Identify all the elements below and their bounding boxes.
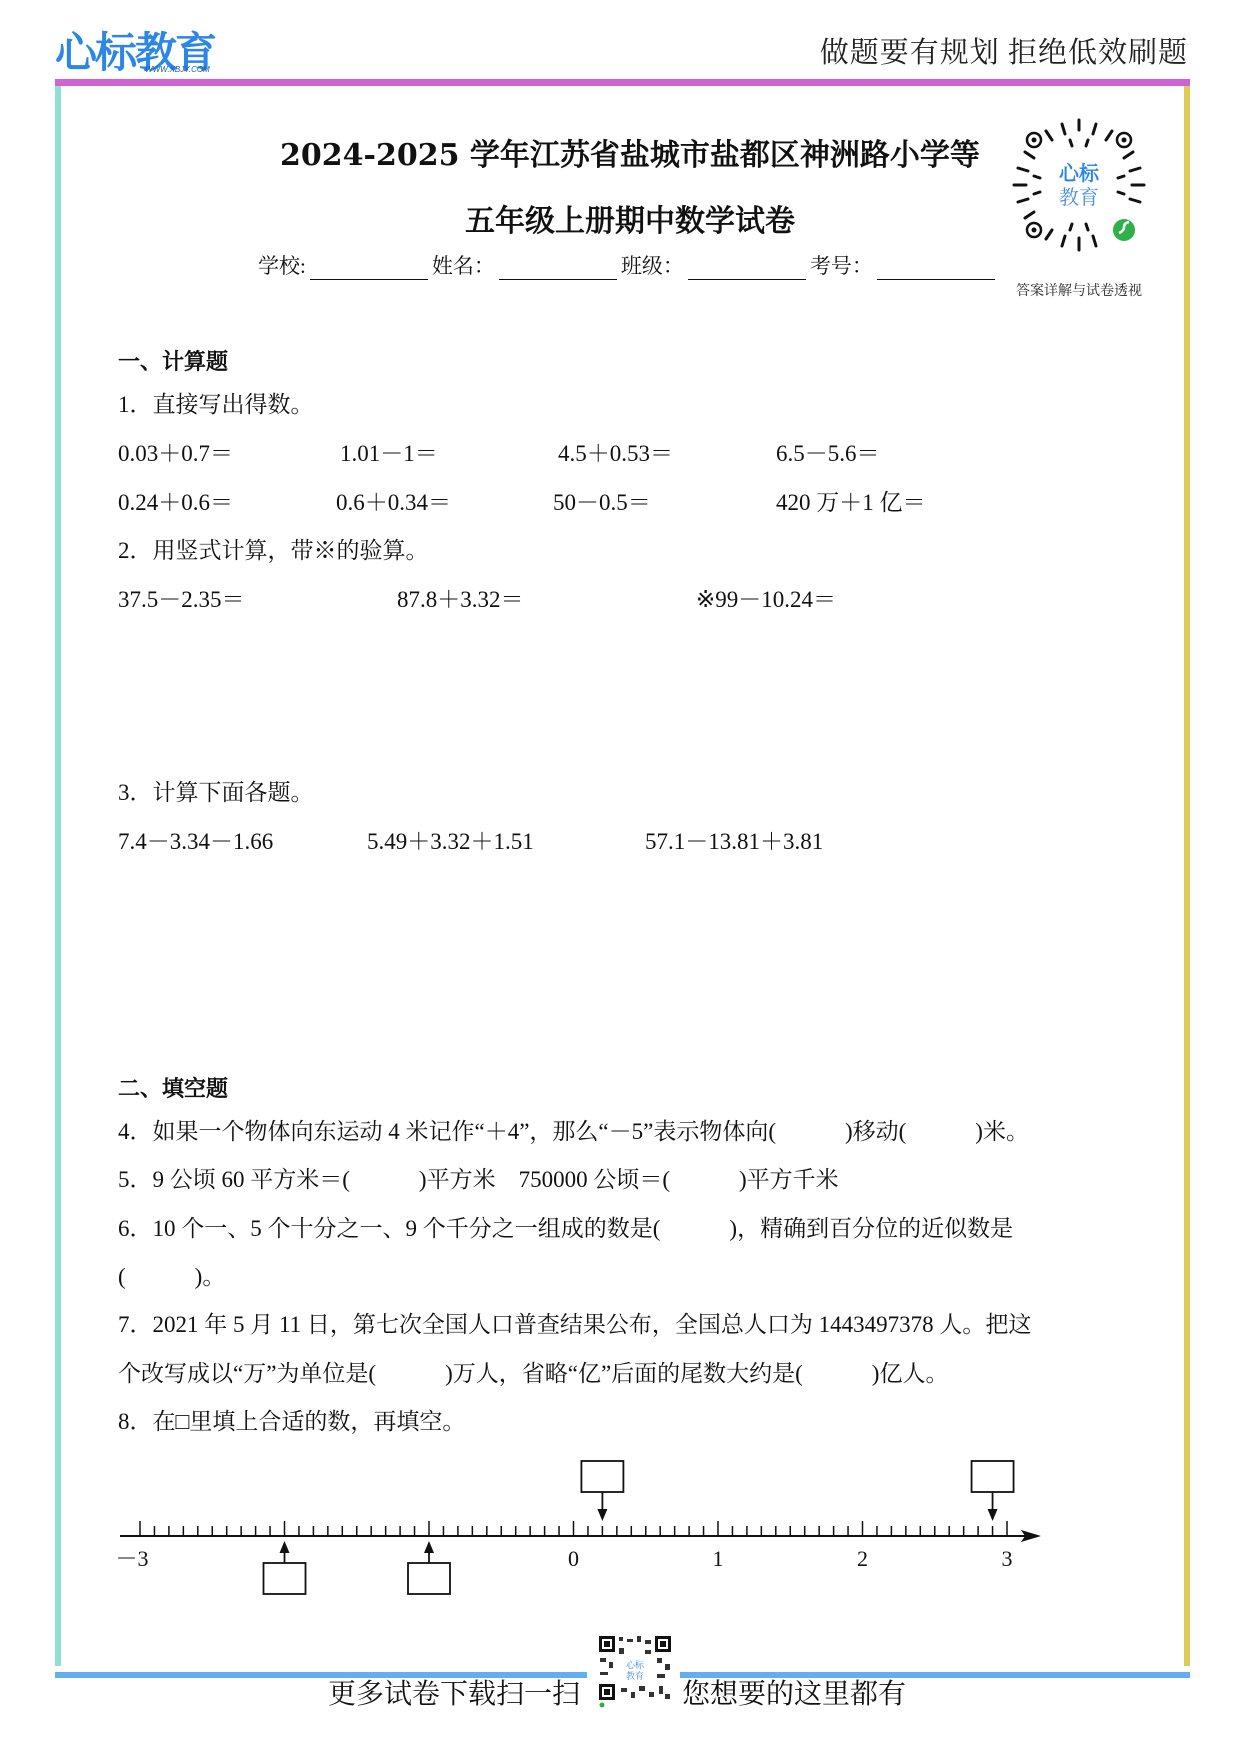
svg-text:1: 1 <box>713 1546 724 1571</box>
q3-item: 5.49＋3.32＋1.51 <box>367 823 534 856</box>
q1-item: 1.01－1＝ <box>340 435 438 468</box>
left-border <box>55 86 61 1666</box>
logo-url: WWW.XBJY.COM <box>145 65 210 74</box>
q1-item: 4.5＋0.53＝ <box>558 435 673 468</box>
svg-text:教育: 教育 <box>626 1670 644 1682</box>
student-info-fields: 学校: 姓名： 班级： 考号： <box>258 250 999 280</box>
q1-item: 0.03＋0.7＝ <box>118 435 233 468</box>
q2-item: ※99－10.24＝ <box>696 581 836 614</box>
q1-item: 0.24＋0.6＝ <box>118 484 233 517</box>
qr-caption: 答案详解与试卷透视 <box>996 280 1162 300</box>
school-blank[interactable] <box>310 259 428 280</box>
brand-logo: 心标教育 WWW.XBJY.COM <box>55 26 210 76</box>
question-6-line1: 6．10 个一、5 个十分之一、9 个千分之一组成的数是( )，精确到百分位的近… <box>118 1210 1013 1243</box>
svg-text:－3: －3 <box>115 1546 148 1571</box>
class-label: 班级： <box>621 250 684 280</box>
number-line-svg: －30123 <box>110 1440 1070 1610</box>
school-label: 学校: <box>258 250 306 280</box>
question-7-line1: 7．2021 年 5 月 11 日，第七次全国人口普查结果公布，全国总人口为 1… <box>118 1306 1031 1339</box>
q1-item: 50－0.5＝ <box>553 484 651 517</box>
footer-qr-code[interactable]: 心标 教育 <box>597 1634 673 1708</box>
question-5: 5．9 公顷 60 平方米＝( )平方米 750000 公顷＝( )平方千米 <box>118 1161 839 1194</box>
exam-title-line1: 2024-2025 学年江苏省盐城市盐都区神洲路小学等 <box>240 130 1020 174</box>
q1-item: 0.6＋0.34＝ <box>336 484 451 517</box>
q2-item: 87.8＋3.32＝ <box>397 581 524 614</box>
question-1-prompt: 1．直接写出得数。 <box>118 386 314 419</box>
q2-item: 37.5－2.35＝ <box>118 581 245 614</box>
qr-sunburst-icon: 心标 教育 <box>1010 116 1148 254</box>
svg-text:2: 2 <box>857 1546 868 1571</box>
top-border <box>55 79 1190 86</box>
exam-title-line2: 五年级上册期中数学试卷 <box>240 196 1020 240</box>
name-blank[interactable] <box>499 259 617 280</box>
question-4: 4．如果一个物体向东运动 4 米记作“＋4”，那么“－5”表示物体向( )移动(… <box>118 1113 1029 1146</box>
header-slogan: 做题要有规划 拒绝低效刷题 <box>820 30 1188 71</box>
exam-number-label: 考号： <box>810 250 873 280</box>
mini-program-qr-code[interactable]: 心标 教育 <box>1010 116 1148 254</box>
question-3-prompt: 3．计算下面各题。 <box>118 774 314 807</box>
svg-text:心标: 心标 <box>626 1659 645 1671</box>
question-6-line2: ( )。 <box>118 1258 225 1291</box>
qr-code-icon: 心标 教育 <box>597 1634 673 1708</box>
q3-item: 57.1－13.81＋3.81 <box>645 823 823 856</box>
section-heading-calculation: 一、计算题 <box>118 345 228 376</box>
footer-right-text: 您想要的这里都有 <box>682 1672 906 1712</box>
svg-text:心标: 心标 <box>1059 161 1100 185</box>
number-line-diagram: －30123 <box>110 1440 1070 1610</box>
q1-item: 6.5－5.6＝ <box>776 435 880 468</box>
footer-left-text: 更多试卷下载扫一扫 <box>328 1672 580 1712</box>
question-8: 8．在□里填上合适的数，再填空。 <box>118 1403 465 1436</box>
exam-number-blank[interactable] <box>877 259 995 280</box>
svg-text:0: 0 <box>568 1546 579 1571</box>
section-heading-fill-in: 二、填空题 <box>118 1072 228 1103</box>
svg-text:3: 3 <box>1002 1546 1013 1571</box>
class-blank[interactable] <box>688 259 806 280</box>
name-label: 姓名： <box>432 250 495 280</box>
right-border <box>1184 86 1190 1666</box>
q1-item: 420 万＋1 亿＝ <box>776 484 926 517</box>
q3-item: 7.4－3.34－1.66 <box>118 823 273 856</box>
question-2-prompt: 2．用竖式计算，带※的验算。 <box>118 532 429 565</box>
svg-text:教育: 教育 <box>1059 185 1099 209</box>
question-7-line2: 个改写成以“万”为单位是( )万人，省略“亿”后面的尾数大约是( )亿人。 <box>118 1355 948 1388</box>
